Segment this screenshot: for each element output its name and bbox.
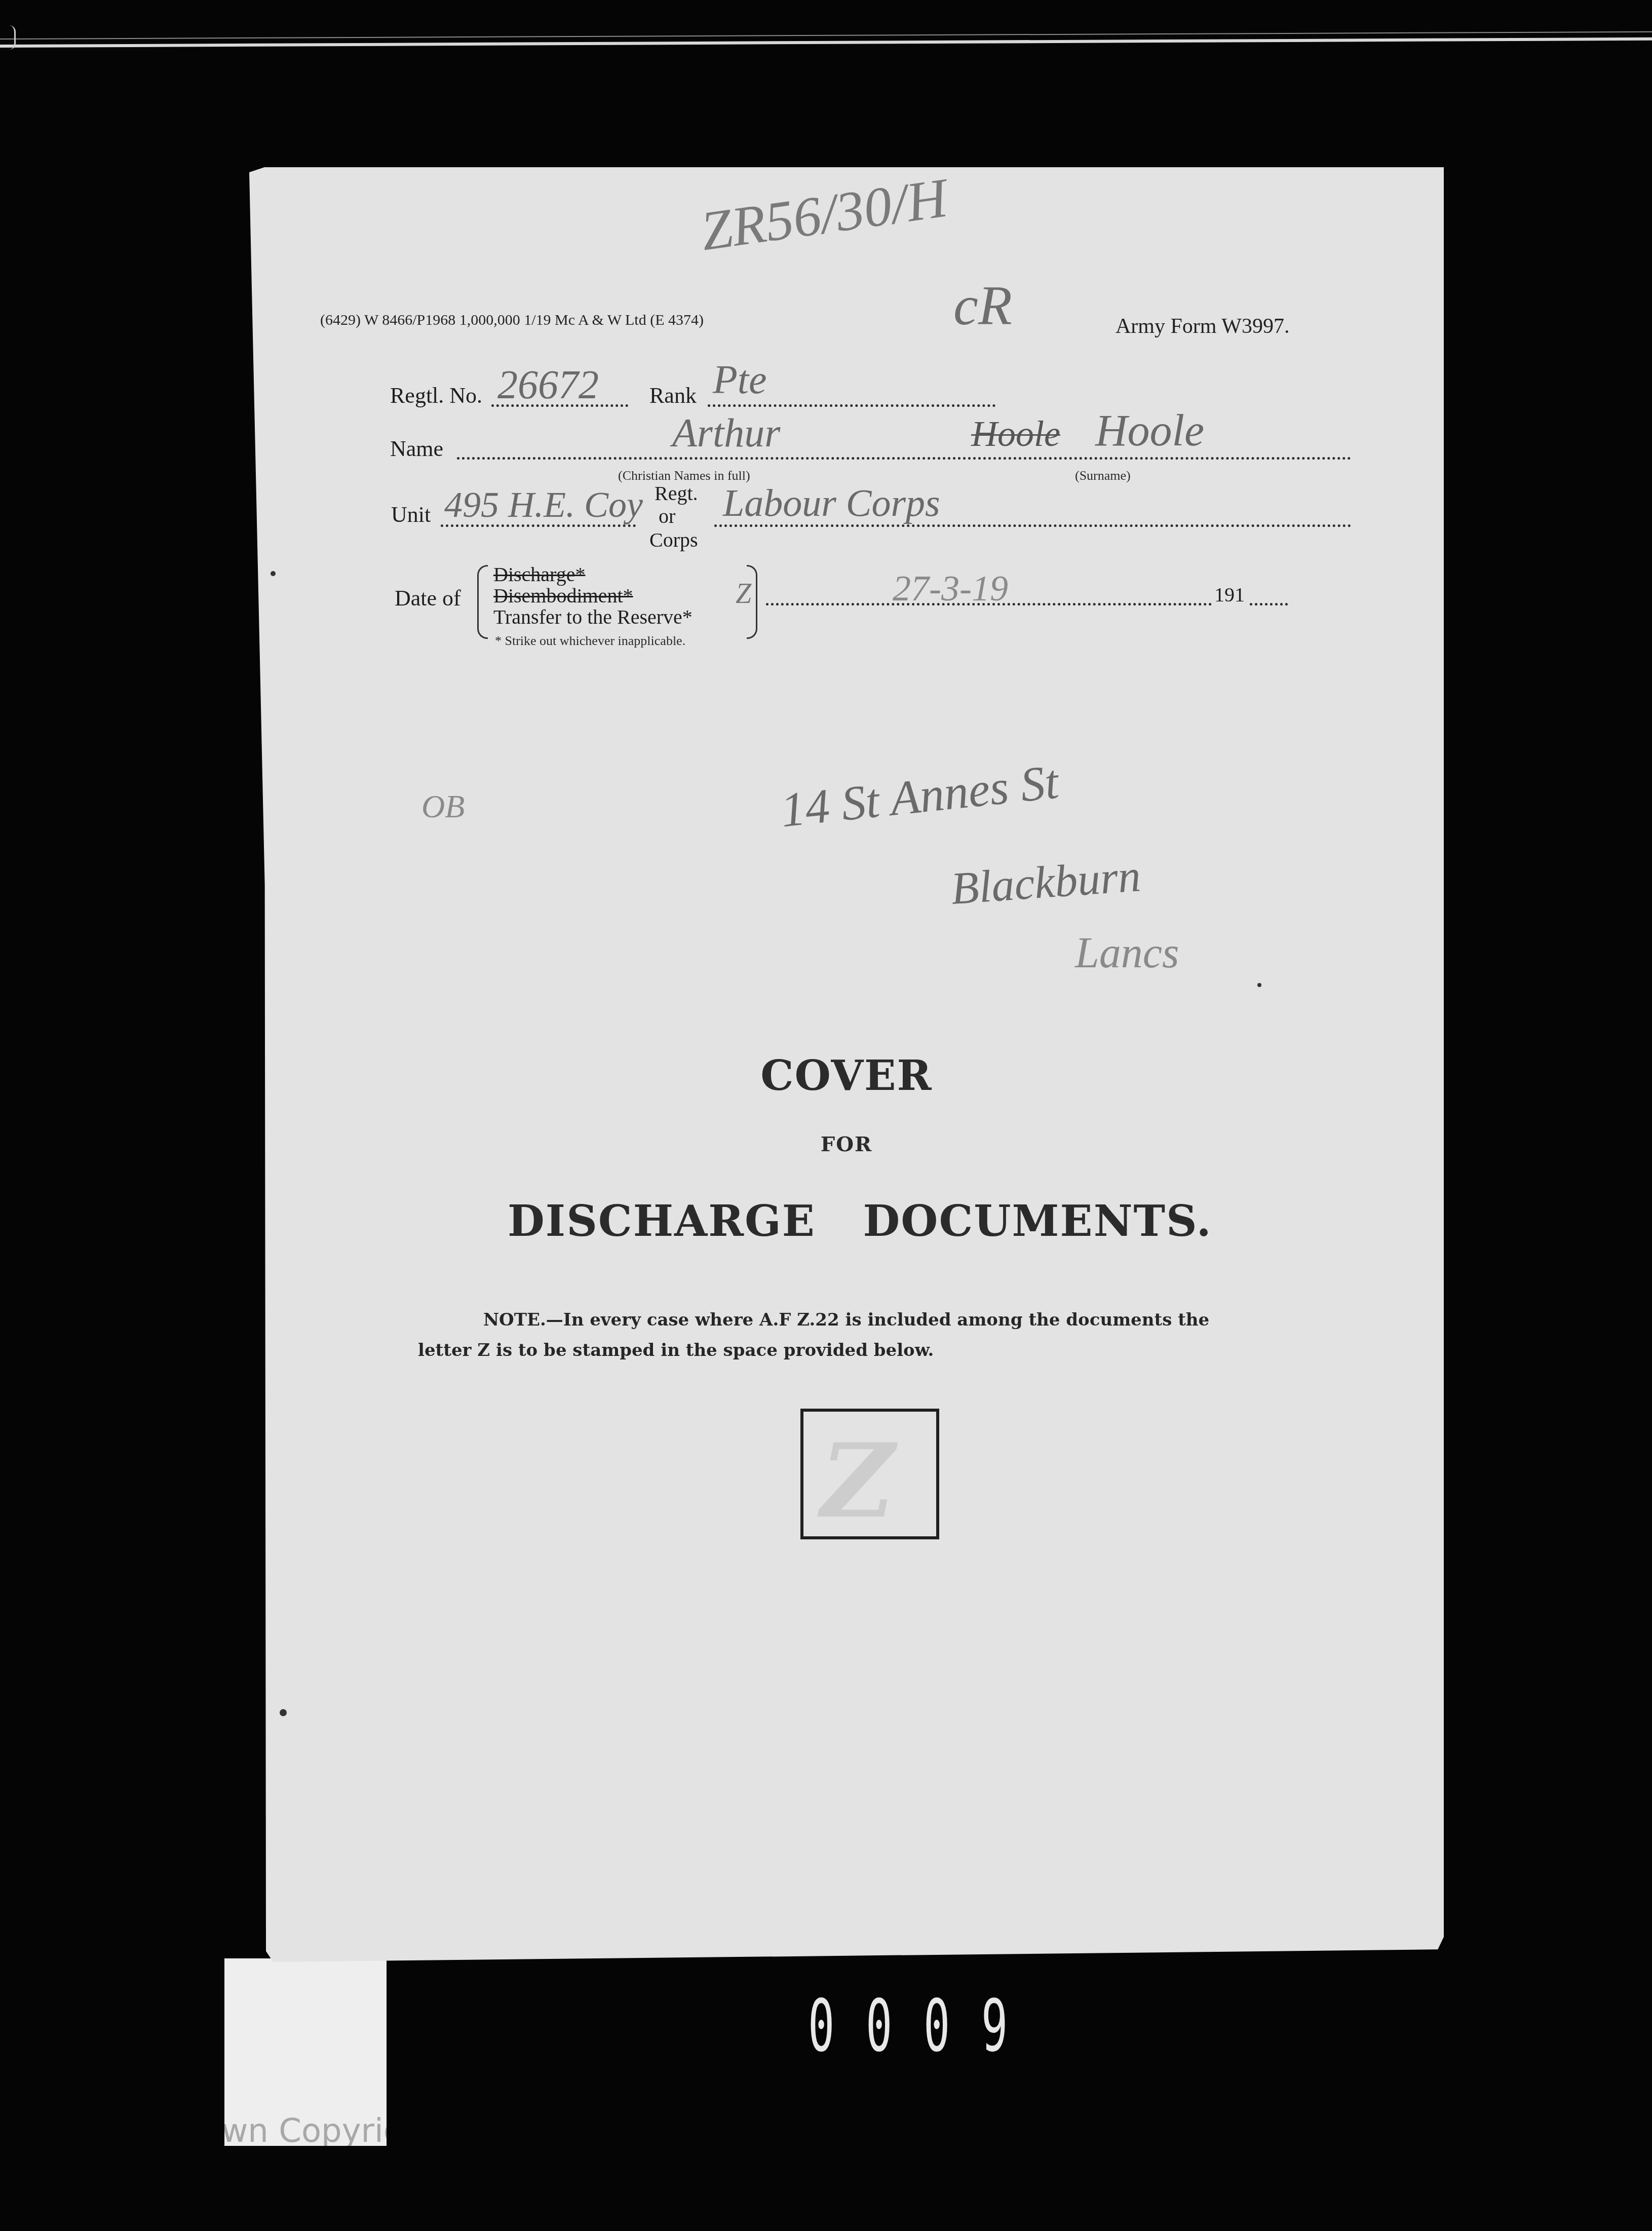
surname-value: Hoole xyxy=(1095,405,1204,457)
or-label: or xyxy=(659,504,675,528)
copyright-watermark: wn Copyrig xyxy=(224,2112,387,2146)
christian-names-value: Arthur xyxy=(672,410,780,457)
address-line-1: 14 St Annes St xyxy=(778,753,1061,839)
rank-label: Rank xyxy=(649,383,697,408)
copyright-slip: wn Copyrig xyxy=(224,1958,387,2146)
ob-mark: OB xyxy=(421,788,465,825)
regtl-no-value: 26672 xyxy=(497,362,599,408)
title-discharge-documents: DISCHARGE DOCUMENTS. xyxy=(508,1196,1212,1246)
title-for: FOR xyxy=(249,1132,1444,1156)
date-of-label: Date of xyxy=(395,585,461,611)
name-dots xyxy=(457,457,1351,460)
regtl-no-label: Regtl. No. xyxy=(390,383,482,408)
reference-annotation: ZR56/30/H xyxy=(697,166,951,264)
ink-speck xyxy=(1257,983,1261,987)
date-option-transfer: Transfer to the Reserve* xyxy=(493,605,693,629)
note-line-1: NOTE.—In every case where A.F Z.22 is in… xyxy=(483,1310,1209,1330)
name-label: Name xyxy=(390,436,443,462)
corps-label: Corps xyxy=(649,528,698,552)
date-option-disembodiment: Disembodiment* xyxy=(493,584,633,608)
address-line-3: Lancs xyxy=(1075,927,1179,978)
frame-counter-digit: 0 xyxy=(808,1991,826,2062)
corps-value: Labour Corps xyxy=(723,481,940,525)
ink-speck xyxy=(271,571,276,576)
rank-value: Pte xyxy=(713,357,767,403)
initials-mark: cR xyxy=(953,274,1012,338)
note-line-2: letter Z is to be stamped in the space p… xyxy=(418,1340,934,1360)
year-prefix: 191 xyxy=(1214,583,1245,607)
z-stamp: Z xyxy=(821,1422,895,1541)
date-value: 27-3-19 xyxy=(893,568,1008,610)
frame-counter-digit: 0 xyxy=(866,1991,883,2062)
unit-label: Unit xyxy=(391,502,431,527)
frame-counter: 0 0 0 9 xyxy=(808,1991,1010,2062)
document-page: ZR56/30/H (6429) W 8466/P1968 1,000,000 … xyxy=(249,167,1444,1962)
form-number: Army Form W3997. xyxy=(1116,314,1289,338)
left-brace xyxy=(477,565,488,639)
frame-counter-digit: 0 xyxy=(924,1991,941,2062)
rank-dots xyxy=(708,404,995,407)
regt-label: Regt. xyxy=(655,481,698,505)
year-dots xyxy=(1250,603,1288,606)
film-edge-mark xyxy=(9,25,16,50)
print-info: (6429) W 8466/P1968 1,000,000 1/19 Mc A … xyxy=(320,312,704,329)
film-edge-line xyxy=(0,37,1652,48)
frame-counter-digit: 9 xyxy=(981,1991,999,2062)
surname-struck-value: Hoole xyxy=(971,413,1060,455)
unit-value: 495 H.E. Coy xyxy=(444,484,643,526)
address-line-2: Blackburn xyxy=(949,850,1142,915)
surname-caption: (Surname) xyxy=(1075,468,1131,483)
date-option-discharge: Discharge* xyxy=(493,562,585,586)
date-z-mark: Z xyxy=(736,578,751,610)
title-cover: COVER xyxy=(249,1051,1444,1100)
z-stamp-box: Z xyxy=(800,1409,939,1539)
ink-speck xyxy=(280,1709,287,1716)
strike-out-note: * Strike out whichever inapplicable. xyxy=(495,633,685,649)
